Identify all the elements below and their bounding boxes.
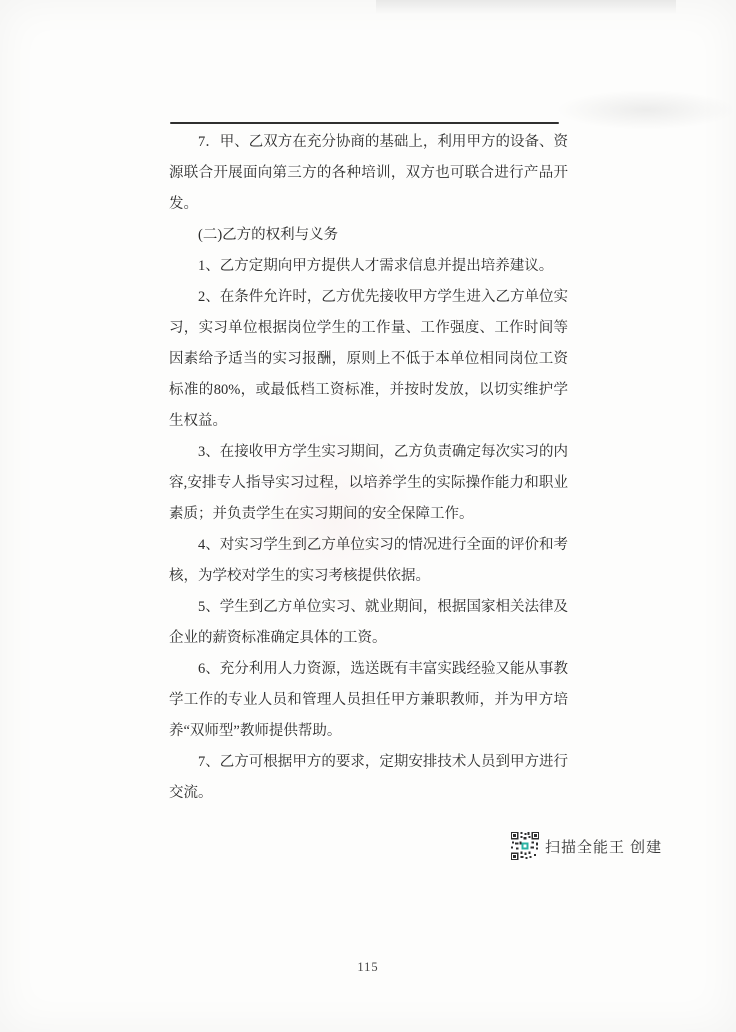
watermark-label: 扫描全能王 创建 <box>545 836 662 857</box>
scanned-document-page: 7．甲、乙双方在充分协商的基础上，利用甲方的设备、资源联合开展面向第三方的各种培… <box>0 0 736 1032</box>
camscanner-watermark: 扫描全能王 创建 <box>511 832 662 860</box>
header-rule <box>170 122 559 124</box>
paragraph: 2、在条件允许时，乙方优先接收甲方学生进入乙方单位实习，实习单位根据岗位学生的工… <box>169 282 568 437</box>
paragraph: 6、充分利用人力资源，选送既有丰富实践经验又能从事教学工作的专业人员和管理人员担… <box>169 654 568 747</box>
qr-code-icon <box>511 832 539 860</box>
page-number: 115 <box>0 960 736 975</box>
section-heading: (二)乙方的权利与义务 <box>169 220 568 251</box>
paragraph: 5、学生到乙方单位实习、就业期间，根据国家相关法律及企业的薪资标准确定具体的工资… <box>169 592 568 654</box>
paragraph: 4、对实习学生到乙方单位实习的情况进行全面的评价和考核，为学校对学生的实习考核提… <box>169 530 568 592</box>
paragraph: 1、乙方定期向甲方提供人才需求信息并提出培养建议。 <box>169 251 568 282</box>
scan-artifact <box>376 0 676 14</box>
paragraph: 3、在接收甲方学生实习期间，乙方负责确定每次实习的内容,安排专人指导实习过程，以… <box>169 437 568 530</box>
paragraph: 7．甲、乙双方在充分协商的基础上，利用甲方的设备、资源联合开展面向第三方的各种培… <box>169 127 568 220</box>
scan-artifact <box>556 90 736 130</box>
paragraph: 7、乙方可根据甲方的要求，定期安排技术人员到甲方进行交流。 <box>169 747 568 809</box>
document-body: 7．甲、乙双方在充分协商的基础上，利用甲方的设备、资源联合开展面向第三方的各种培… <box>169 127 568 809</box>
